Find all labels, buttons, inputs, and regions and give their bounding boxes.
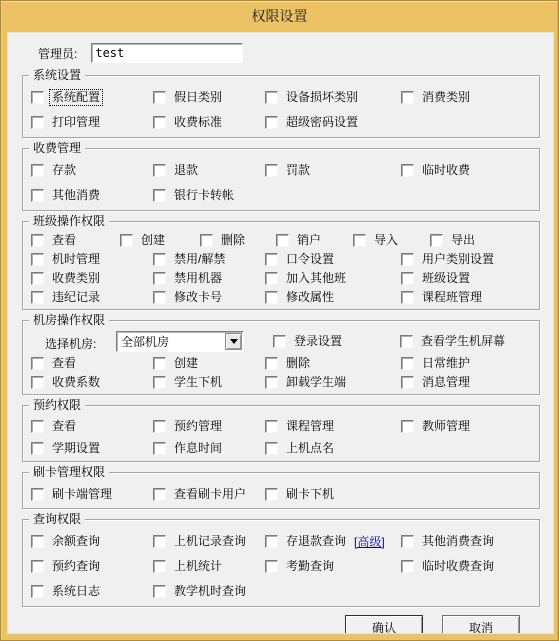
permission-checkbox-item[interactable]: 打印管理	[31, 115, 153, 130]
checkbox[interactable]	[31, 357, 44, 370]
checkbox-row: 查看创建删除日常维护	[31, 354, 531, 373]
checkbox-label: 收费标准	[172, 115, 224, 130]
permission-checkbox-item[interactable]: 修改卡号	[153, 290, 265, 305]
checkbox[interactable]	[153, 189, 166, 202]
permission-checkbox-item[interactable]: 创建	[120, 233, 200, 248]
checkbox-label: 查看	[50, 233, 78, 248]
checkbox[interactable]	[401, 272, 414, 285]
checkbox[interactable]	[31, 535, 44, 548]
checkbox[interactable]	[265, 560, 278, 573]
checkbox-label: 导出	[449, 233, 477, 248]
permission-checkbox-item[interactable]: 设备损坏类别	[265, 90, 401, 105]
checkbox-row: 系统配置假日类别设备损坏类别消费类别	[31, 85, 531, 110]
checkbox-row: 预约查询上机统计考勤查询临时收费查询	[31, 554, 531, 579]
checkbox[interactable]	[31, 291, 44, 304]
group-room-operation: 机房操作权限 选择机房:全部机房登录设置查看学生机屏幕查看创建删除日常维护收费系…	[22, 320, 540, 395]
permission-checkbox-item[interactable]: 删除	[200, 233, 276, 248]
checkbox-row: 余额查询上机记录查询存退款查询[高级]其他消费查询	[31, 529, 531, 554]
checkbox[interactable]	[153, 376, 166, 389]
checkbox[interactable]	[120, 234, 133, 247]
checkbox[interactable]	[400, 335, 413, 348]
checkbox-label: 查看	[50, 356, 78, 371]
permission-checkbox-item[interactable]: 考勤查询	[265, 559, 401, 574]
combobox-dropdown-button[interactable]	[225, 333, 242, 350]
checkbox[interactable]	[265, 442, 278, 455]
checkbox[interactable]	[31, 234, 44, 247]
permission-checkbox-item[interactable]: 登录设置	[273, 334, 344, 349]
checkbox-label: 卸载学生端	[284, 375, 348, 390]
checkbox-label: 作息时间	[172, 441, 224, 456]
checkbox[interactable]	[31, 488, 44, 501]
admin-label: 管理员:	[38, 45, 77, 62]
checkbox[interactable]	[265, 91, 278, 104]
checkbox[interactable]	[153, 272, 166, 285]
checkbox-label: 登录设置	[292, 334, 344, 349]
checkbox[interactable]	[31, 164, 44, 177]
group-legend: 系统设置	[29, 68, 85, 82]
permission-checkbox-item[interactable]: 预约查询	[31, 559, 153, 574]
checkbox-label: 查看刷卡用户	[172, 487, 248, 502]
permission-checkbox-item[interactable]: 其他消费查询	[401, 534, 531, 549]
checkbox[interactable]	[31, 272, 44, 285]
permission-checkbox-item[interactable]: 假日类别	[153, 90, 265, 105]
checkbox[interactable]	[31, 116, 44, 129]
checkbox-label: 课程班管理	[420, 290, 484, 305]
permission-checkbox-item[interactable]: 日常维护	[401, 356, 531, 371]
checkbox[interactable]	[265, 357, 278, 370]
permission-checkbox-item[interactable]: 查看	[31, 356, 153, 371]
checkbox[interactable]	[265, 535, 278, 548]
checkbox-row: 查看创建删除销户导入导出	[31, 231, 531, 250]
permission-checkbox-item[interactable]: 学期设置	[31, 441, 153, 456]
admin-row: 管理员:	[22, 41, 540, 65]
group-class-operation: 班级操作权限 查看创建删除销户导入导出机时管理禁用/解禁口令设置用户类别设置收费…	[22, 221, 540, 310]
group-card-management: 刷卡管理权限 刷卡端管理查看刷卡用户刷卡下机	[22, 472, 540, 509]
checkbox-label: 打印管理	[50, 115, 102, 130]
checkbox[interactable]	[31, 585, 44, 598]
checkbox[interactable]	[31, 420, 44, 433]
permission-checkbox-item[interactable]: 查看	[31, 233, 120, 248]
checkbox-label: 查看	[50, 419, 78, 434]
permission-checkbox-item[interactable]: 存退款查询[高级]	[265, 533, 401, 550]
checkbox-label: 收费类别	[50, 271, 102, 286]
permission-checkbox-item[interactable]: 上机统计	[153, 559, 265, 574]
checkbox-label: 删除	[219, 233, 247, 248]
checkbox[interactable]	[273, 335, 286, 348]
permission-checkbox-item[interactable]: 机时管理	[31, 252, 153, 267]
checkbox-label: 设备损坏类别	[284, 90, 360, 105]
checkbox-label: 日常维护	[420, 356, 472, 371]
checkbox-row: 存款退款罚款临时收费	[31, 158, 531, 183]
permission-checkbox-item[interactable]: 刷卡端管理	[31, 487, 153, 502]
checkbox-label: 预约查询	[50, 559, 102, 574]
checkbox[interactable]	[353, 234, 366, 247]
checkbox-label: 系统日志	[50, 584, 102, 599]
permission-checkbox-item[interactable]: 存款	[31, 163, 153, 178]
checkbox[interactable]	[31, 253, 44, 266]
permission-checkbox-item[interactable]: 卸载学生端	[265, 375, 401, 390]
permission-checkbox-item[interactable]: 临时收费	[401, 163, 531, 178]
checkbox-label: 收费系数	[50, 375, 102, 390]
permission-checkbox-item[interactable]: 临时收费查询	[401, 559, 531, 574]
permission-checkbox-item[interactable]: 禁用/解禁	[153, 252, 265, 267]
checkbox-label: 销户	[295, 233, 323, 248]
permission-checkbox-item[interactable]: 罚款	[265, 163, 401, 178]
checkbox[interactable]	[401, 376, 414, 389]
checkbox[interactable]	[31, 189, 44, 202]
checkbox[interactable]	[401, 91, 414, 104]
permission-checkbox-item[interactable]: 导出	[430, 233, 531, 248]
permission-checkbox-item[interactable]: 余额查询	[31, 534, 153, 549]
permission-checkbox-item[interactable]: 收费系数	[31, 375, 153, 390]
checkbox-label: 班级设置	[420, 271, 472, 286]
checkbox[interactable]	[401, 253, 414, 266]
permission-checkbox-item[interactable]: 消费类别	[401, 90, 531, 105]
checkbox-label: 考勤查询	[284, 559, 336, 574]
room-selector-row: 选择机房:全部机房登录设置查看学生机屏幕	[31, 330, 531, 354]
checkbox-row: 收费类别禁用机器加入其他班班级设置	[31, 269, 531, 288]
checkbox[interactable]	[153, 442, 166, 455]
dialog-buttons: 确认 取消	[22, 615, 540, 634]
permission-checkbox-item[interactable]: 禁用机器	[153, 271, 265, 286]
checkbox-label: 其他消费查询	[420, 534, 496, 549]
permission-checkbox-item[interactable]: 口令设置	[265, 252, 401, 267]
checkbox[interactable]	[265, 272, 278, 285]
group-system-settings: 系统设置 系统配置假日类别设备损坏类别消费类别打印管理收费标准超级密码设置	[22, 75, 540, 138]
permission-checkbox-item[interactable]: 查看学生机屏幕	[400, 334, 507, 349]
checkbox-label: 上机统计	[172, 559, 224, 574]
checkbox-row: 收费系数学生下机卸载学生端消息管理	[31, 373, 531, 392]
checkbox[interactable]	[265, 488, 278, 501]
group-legend: 收费管理	[29, 141, 85, 155]
checkbox-label: 口令设置	[284, 252, 336, 267]
checkbox-label: 临时收费	[420, 163, 472, 178]
checkbox-label: 系统配置	[50, 90, 102, 105]
group-fee-management: 收费管理 存款退款罚款临时收费其他消费银行卡转帐	[22, 148, 540, 211]
checkbox[interactable]	[265, 420, 278, 433]
checkbox-label: 上机记录查询	[172, 534, 248, 549]
window-title: 权限设置	[252, 6, 308, 26]
checkbox-label: 违纪记录	[50, 290, 102, 305]
checkbox-label: 临时收费查询	[420, 559, 496, 574]
permission-checkbox-item[interactable]: 查看刷卡用户	[153, 487, 265, 502]
checkbox-label: 修改卡号	[172, 290, 224, 305]
checkbox-label: 学期设置	[50, 441, 102, 456]
checkbox-label: 罚款	[284, 163, 312, 178]
checkbox-label: 加入其他班	[284, 271, 348, 286]
permission-checkbox-item[interactable]: 课程班管理	[401, 290, 531, 305]
checkbox-label: 假日类别	[172, 90, 224, 105]
checkbox-label: 银行卡转帐	[172, 188, 236, 203]
checkbox-label: 用户类别设置	[420, 252, 496, 267]
permission-checkbox-item[interactable]: 银行卡转帐	[153, 188, 265, 203]
checkbox[interactable]	[153, 357, 166, 370]
permission-checkbox-item[interactable]: 班级设置	[401, 271, 531, 286]
checkbox[interactable]	[401, 291, 414, 304]
checkbox[interactable]	[31, 560, 44, 573]
permission-checkbox-item[interactable]: 导入	[353, 233, 430, 248]
checkbox-label: 禁用/解禁	[172, 252, 227, 267]
permission-checkbox-item[interactable]: 学生下机	[153, 375, 265, 390]
checkbox[interactable]	[153, 535, 166, 548]
checkbox-label: 预约管理	[172, 419, 224, 434]
permission-checkbox-item[interactable]: 删除	[265, 356, 401, 371]
group-legend: 查询权限	[29, 512, 85, 526]
checkbox-label: 存退款查询	[284, 534, 348, 549]
chevron-down-icon	[230, 339, 238, 344]
checkbox-label: 存款	[50, 163, 78, 178]
admin-input[interactable]	[91, 43, 243, 63]
checkbox[interactable]	[153, 253, 166, 266]
checkbox[interactable]	[265, 164, 278, 177]
group-legend: 班级操作权限	[29, 214, 109, 228]
permission-checkbox-item[interactable]: 上机点名	[265, 441, 401, 456]
permission-checkbox-item[interactable]: 系统配置	[31, 90, 153, 105]
group-query: 查询权限 余额查询上机记录查询存退款查询[高级]其他消费查询预约查询上机统计考勤…	[22, 519, 540, 607]
checkbox-row: 系统日志教学机时查询	[31, 579, 531, 604]
group-legend: 预约权限	[29, 398, 85, 412]
permission-checkbox-item[interactable]: 加入其他班	[265, 271, 401, 286]
checkbox-row: 查看预约管理课程管理教师管理	[31, 415, 531, 437]
checkbox-label: 退款	[172, 163, 200, 178]
permission-checkbox-item[interactable]: 违纪记录	[31, 290, 153, 305]
checkbox[interactable]	[31, 442, 44, 455]
group-legend: 刷卡管理权限	[29, 465, 109, 479]
permission-checkbox-item[interactable]: 查看	[31, 419, 153, 434]
title-bar[interactable]: 权限设置	[1, 1, 558, 31]
room-select-label: 选择机房:	[45, 335, 96, 352]
cancel-button[interactable]: 取消	[442, 615, 520, 634]
permission-checkbox-item[interactable]: 修改属性	[265, 290, 401, 305]
checkbox-label: 创建	[172, 356, 200, 371]
checkbox[interactable]	[153, 116, 166, 129]
checkbox-label: 查看学生机屏幕	[419, 334, 507, 349]
checkbox[interactable]	[430, 234, 443, 247]
permission-settings-dialog: 权限设置 管理员: 系统设置 系统配置假日类别设备损坏类别消费类别打印管理收费标…	[0, 0, 559, 641]
checkbox[interactable]	[401, 560, 414, 573]
checkbox[interactable]	[153, 291, 166, 304]
dialog-client-area: 管理员: 系统设置 系统配置假日类别设备损坏类别消费类别打印管理收费标准超级密码…	[7, 32, 554, 634]
checkbox-label: 余额查询	[50, 534, 102, 549]
permission-checkbox-item[interactable]: 消息管理	[401, 375, 531, 390]
group-legend: 机房操作权限	[29, 313, 109, 327]
checkbox-label: 刷卡端管理	[50, 487, 114, 502]
permission-checkbox-item[interactable]: 作息时间	[153, 441, 265, 456]
confirm-button[interactable]: 确认	[345, 615, 423, 634]
permission-checkbox-item[interactable]: 超级密码设置	[265, 115, 401, 130]
permission-checkbox-item[interactable]: 刷卡下机	[265, 487, 401, 502]
checkbox[interactable]	[265, 291, 278, 304]
checkbox[interactable]	[153, 164, 166, 177]
checkbox-label: 禁用机器	[172, 271, 224, 286]
checkbox[interactable]	[401, 164, 414, 177]
checkbox-label: 学生下机	[172, 375, 224, 390]
permission-checkbox-item[interactable]: 教师管理	[401, 419, 531, 434]
permission-checkbox-item[interactable]: 教学机时查询	[153, 584, 265, 599]
checkbox[interactable]	[265, 376, 278, 389]
checkbox-label: 超级密码设置	[284, 115, 360, 130]
room-select-combobox[interactable]: 全部机房	[116, 331, 244, 352]
checkbox-label: 删除	[284, 356, 312, 371]
checkbox-label: 消息管理	[420, 375, 472, 390]
checkbox-label: 导入	[372, 233, 400, 248]
checkbox[interactable]	[153, 91, 166, 104]
checkbox[interactable]	[200, 234, 213, 247]
checkbox[interactable]	[31, 376, 44, 389]
checkbox[interactable]	[153, 488, 166, 501]
checkbox-label: 教学机时查询	[172, 584, 248, 599]
checkbox-row: 机时管理禁用/解禁口令设置用户类别设置	[31, 250, 531, 269]
permission-checkbox-item[interactable]: 其他消费	[31, 188, 153, 203]
checkbox-row: 违纪记录修改卡号修改属性课程班管理	[31, 288, 531, 307]
permission-checkbox-item[interactable]: 收费类别	[31, 271, 153, 286]
checkbox[interactable]	[276, 234, 289, 247]
checkbox-row: 打印管理收费标准超级密码设置	[31, 110, 531, 135]
checkbox-label: 创建	[139, 233, 167, 248]
permission-checkbox-item[interactable]: 课程管理	[265, 419, 401, 434]
group-reservation: 预约权限 查看预约管理课程管理教师管理学期设置作息时间上机点名	[22, 405, 540, 462]
checkbox[interactable]	[265, 253, 278, 266]
advanced-link[interactable]: [高级]	[354, 533, 385, 550]
checkbox-row: 学期设置作息时间上机点名	[31, 437, 531, 459]
checkbox[interactable]	[401, 420, 414, 433]
permission-checkbox-item[interactable]: 预约管理	[153, 419, 265, 434]
permission-checkbox-item[interactable]: 收费标准	[153, 115, 265, 130]
checkbox[interactable]	[153, 420, 166, 433]
checkbox[interactable]	[401, 535, 414, 548]
permission-checkbox-item[interactable]: 创建	[153, 356, 265, 371]
permission-checkbox-item[interactable]: 销户	[276, 233, 353, 248]
checkbox-label: 机时管理	[50, 252, 102, 267]
checkbox[interactable]	[153, 585, 166, 598]
checkbox-label: 消费类别	[420, 90, 472, 105]
checkbox[interactable]	[153, 560, 166, 573]
checkbox-row: 刷卡端管理查看刷卡用户刷卡下机	[31, 482, 531, 506]
checkbox-label: 上机点名	[284, 441, 336, 456]
checkbox[interactable]	[401, 357, 414, 370]
permission-checkbox-item[interactable]: 上机记录查询	[153, 534, 265, 549]
checkbox[interactable]	[31, 91, 44, 104]
permission-checkbox-item[interactable]: 用户类别设置	[401, 252, 531, 267]
checkbox-row: 其他消费银行卡转帐	[31, 183, 531, 208]
checkbox-label: 教师管理	[420, 419, 472, 434]
checkbox-label: 修改属性	[284, 290, 336, 305]
permission-checkbox-item[interactable]: 退款	[153, 163, 265, 178]
checkbox-label: 其他消费	[50, 188, 102, 203]
combobox-value: 全部机房	[117, 333, 225, 350]
permission-checkbox-item[interactable]: 系统日志	[31, 584, 153, 599]
checkbox[interactable]	[265, 116, 278, 129]
checkbox-label: 课程管理	[284, 419, 336, 434]
checkbox-label: 刷卡下机	[284, 487, 336, 502]
